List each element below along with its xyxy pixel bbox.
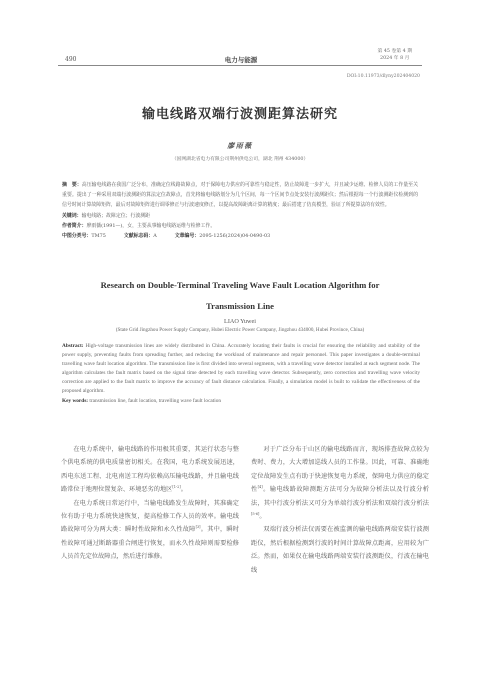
title-en-line-2: Transmission Line [0,296,480,317]
paragraph-text: 。输电线路故障测距方法可分为故障分析法以及行波分析法，其中行波分析法又可分为单端… [251,486,429,506]
author-bio-label: 作者简介： [62,223,86,229]
keywords-en-text: transmission line, fault location, trave… [88,398,221,404]
abstract-en-text: High-voltage transmission lines are wide… [62,343,420,394]
keywords-en-label: Key words: [62,398,88,404]
clc-number: 中图分类号：TM75 [62,231,106,241]
paragraph: 在电力系统中，输电线路的作用极其重要，其运行状态与整个供电系统的供电质量密切相关… [61,443,239,497]
journal-name: 电力与能源 [60,55,422,64]
abstract-en-body: Abstract: High-voltage transmission line… [62,342,420,397]
keywords-cn: 关键词：输电线路；故障定位；行波测距 [62,211,418,221]
keywords-cn-label: 关键词： [62,213,82,219]
citation-ref[interactable]: [1-2] [172,485,180,489]
body-column-left: 在电力系统中，输电线路的作用极其重要，其运行状态与整个供电系统的供电质量密切相关… [61,443,239,564]
clc-value: TM75 [91,233,106,239]
paper-page: 490 电力与能源 第 45 卷第 4 期 2024 年 8 月 DOI:10.… [0,0,480,673]
volume-issue: 第 45 卷第 4 期 2024 年 8 月 [378,49,412,62]
keywords-cn-text: 输电线路；故障定位；行波测距 [82,213,150,219]
author-bio: 作者简介：廖雨薇(1991—)，女，主要从事输电线路运维与检修工作。 [62,221,418,231]
body-column-right: 对于广泛分布于山区的输电线路而言，现场排查故障点较为费时、费力，大大增加巡线人员… [251,443,429,577]
affiliation-en: (State Grid Jingzhou Power Supply Compan… [0,327,480,333]
doc-code-value: A [153,233,157,239]
classification-meta: 中图分类号：TM75 文献标志码：A 文章编号：2095-1256(2024)0… [62,231,418,241]
document-code: 文献标志码：A [124,231,157,241]
running-header: 490 电力与能源 第 45 卷第 4 期 2024 年 8 月 [60,52,422,66]
clc-label: 中图分类号： [62,233,91,239]
keywords-en: Key words: transmission line, fault loca… [62,397,420,406]
issue-date: 2024 年 8 月 [378,56,412,63]
abstract-cn: 摘 要：高压输电线路在我国广泛分布，准确定位线路故障点，对于保障电力供应的可靠性… [62,180,418,241]
abstract-cn-body: 摘 要：高压输电线路在我国广泛分布，准确定位线路故障点，对于保障电力供应的可靠性… [62,180,418,211]
article-number: 文章编号：2095-1256(2024)04-0490-03 [175,231,270,241]
paragraph: 在电力系统日常运行中，当输电线路发生故障时，其准确定位有助于电力系统快速恢复，提… [61,497,239,564]
paragraph: 双端行波分析法仅需要在被监测的输电线路两端安装行波测距仪，然后根据检测到行波的时… [251,523,429,577]
abstract-en-label: Abstract: [62,343,83,349]
article-no-value: 2095-1256(2024)04-0490-03 [199,233,270,239]
paragraph-end: 。 [259,513,265,520]
paragraph: 对于广泛分布于山区的输电线路而言，现场排查故障点较为费时、费力，大大增加巡线人员… [251,443,429,523]
author-en: LIAO Yuwei [0,318,480,325]
abstract-cn-label: 摘 要： [62,182,82,188]
volume-issue-text: 第 45 卷第 4 期 [378,49,412,56]
paragraph-text: 双端行波分析法仅需要在被监测的输电线路两端安装行波测距仪，然后根据检测到行波的时… [251,526,429,573]
doc-code-label: 文献标志码： [124,233,153,239]
abstract-cn-text: 高压输电线路在我国广泛分布，准确定位线路故障点，对于保障电力供应的可靠性与稳定性… [62,182,418,208]
abstract-en: Abstract: High-voltage transmission line… [62,342,420,406]
author-cn: 廖雨薇 [0,141,480,151]
title-cn: 输电线路双端行波测距算法研究 [0,103,480,122]
paragraph-end: 。 [181,486,187,493]
affiliation-cn: （国网湖北省电力有限公司荆州供电公司，湖北 荆州 434000） [0,155,480,162]
author-bio-text: 廖雨薇(1991—)，女，主要从事输电线路运维与检修工作。 [86,223,215,229]
header-rule [58,65,422,66]
title-en-line-1: Research on Double-Terminal Traveling Wa… [0,275,480,296]
paragraph-text: 在电力系统中，输电线路的作用极其重要，其运行状态与整个供电系统的供电质量密切相关… [61,446,239,493]
article-no-label: 文章编号： [175,233,199,239]
title-en: Research on Double-Terminal Traveling Wa… [0,275,480,317]
doi[interactable]: DOI:10.11973/dlyny202404020 [347,74,420,79]
